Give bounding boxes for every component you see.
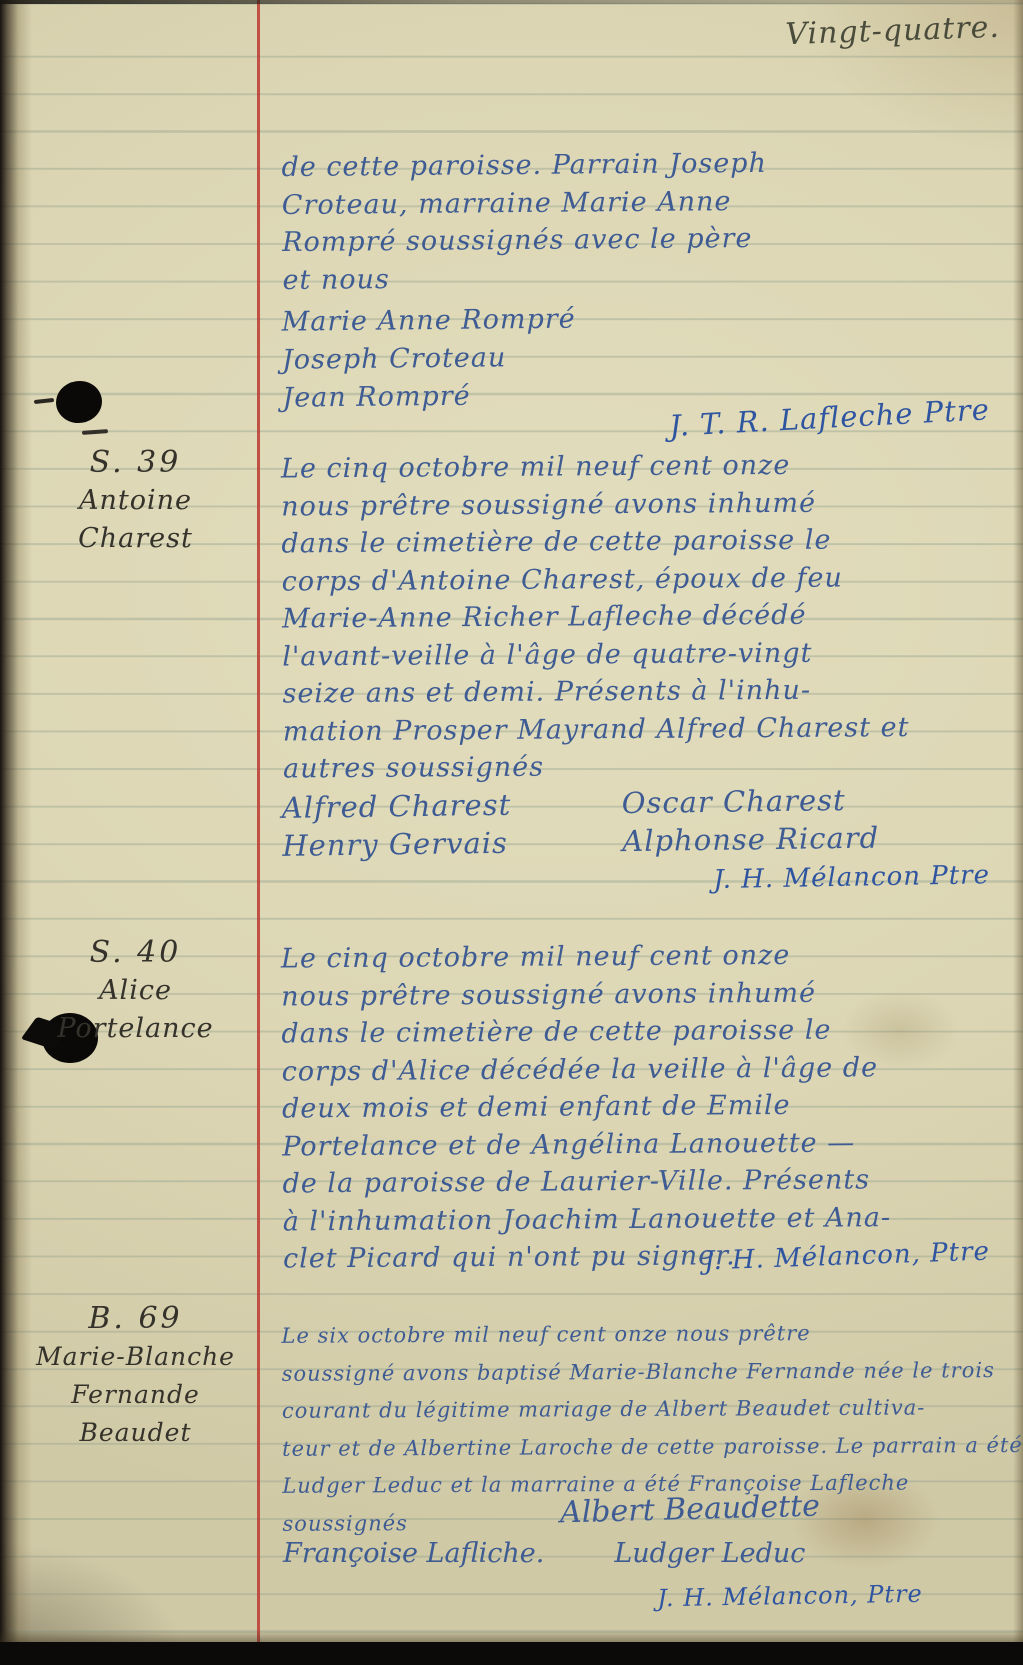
entry-b69-signatures: Françoise Lafliche.Ludger Leduc [283, 1538, 983, 1569]
signature: Ludger Leduc [614, 1538, 805, 1569]
body-line: Le six octobre mil neuf cent onze nous p… [281, 1314, 981, 1355]
body-line: et nous [282, 255, 982, 299]
signature: Alfred Charest [282, 786, 622, 825]
entry-continuation-body: de cette paroisse. Parrain Joseph Crotea… [281, 143, 982, 299]
punch-hole-icon [53, 378, 104, 426]
entry-s39-signatures: Alfred Charest Oscar Charest Henry Gerva… [282, 781, 983, 863]
body-line: dans le cimetière de cette paroisse le [281, 1011, 981, 1053]
entry-code: S. 39 [18, 444, 253, 482]
pen-mark [34, 398, 54, 404]
margin-name: Charest [18, 520, 253, 558]
body-line: corps d'Antoine Charest, époux de feu [282, 558, 982, 600]
margin-name: Marie-Blanche [18, 1338, 253, 1376]
body-line: Marie-Anne Richer Lafleche décédé [282, 596, 982, 638]
priest-signature: J. H. Mélancon Ptre [560, 860, 990, 898]
entry-code: S. 40 [18, 934, 253, 972]
body-line: nous prêtre soussigné avons inhumé [281, 483, 981, 525]
body-line: l'avant-veille à l'âge de quatre-vingt [282, 633, 982, 675]
margin-name: Antoine [18, 482, 253, 520]
priest-signature: J. H. Mélancon, Ptre [590, 1579, 990, 1614]
signature: Albert Beaudette [560, 1489, 821, 1531]
page-right-edge [1013, 0, 1023, 1665]
signature: Alphonse Ricard [622, 819, 982, 858]
margin-name: Portelance [18, 1010, 253, 1048]
signature: Henry Gervais [282, 824, 622, 863]
entry-s39-body: Le cinq octobre mil neuf cent onze nous … [281, 446, 983, 788]
signature: Françoise Lafliche. [283, 1538, 544, 1569]
body-line: dans le cimetière de cette paroisse le [281, 521, 981, 563]
body-line: nous prêtre soussigné avons inhumé [281, 973, 981, 1015]
body-line: Portelance et de Angélina Lanouette — [282, 1123, 982, 1165]
page-number: Vingt-quatre. [639, 10, 1000, 58]
margin-name: Alice [18, 972, 253, 1010]
pen-mark [82, 429, 108, 435]
body-line: courant du légitime mariage de Albert Be… [282, 1389, 982, 1430]
red-margin-rule [257, 0, 260, 1665]
margin-annotation-s40: S. 40 Alice Portelance [18, 934, 253, 1048]
page-top-edge [0, 0, 1023, 4]
margin-name: Fernande [18, 1376, 253, 1414]
margin-annotation-s39: S. 39 Antoine Charest [18, 444, 253, 558]
body-line: de cette paroisse. Parrain Joseph [281, 143, 981, 187]
body-line: à l'inhumation Joachim Lanouette et Ana- [283, 1198, 983, 1240]
signature: Oscar Charest [621, 781, 981, 820]
body-line: Le cinq octobre mil neuf cent onze [281, 936, 981, 978]
body-line: Croteau, marraine Marie Anne [282, 180, 982, 224]
page-bottom-edge [0, 1642, 1023, 1665]
body-line: seize ans et demi. Présents à l'inhu- [282, 671, 982, 713]
body-line: deux mois et demi enfant de Emile [282, 1086, 982, 1128]
body-line: Rompré soussignés avec le père [282, 218, 982, 262]
margin-name: Beaudet [18, 1414, 253, 1452]
entry-s40-body: Le cinq octobre mil neuf cent onze nous … [281, 936, 983, 1278]
entry-code: B. 69 [18, 1300, 253, 1338]
body-line: soussigné avons baptisé Marie-Blanche Fe… [282, 1352, 982, 1393]
page-bottom-shadow [0, 1630, 1023, 1642]
body-line: Le cinq octobre mil neuf cent onze [281, 446, 981, 488]
body-line: mation Prosper Mayrand Alfred Charest et [283, 708, 983, 750]
register-page: Vingt-quatre. de cette paroisse. Parrain… [0, 0, 1023, 1665]
margin-annotation-b69: B. 69 Marie-Blanche Fernande Beaudet [18, 1300, 253, 1452]
body-line: teur et de Albertine Laroche de cette pa… [282, 1427, 982, 1468]
body-line: de la paroisse de Laurier-Ville. Présent… [282, 1161, 982, 1203]
body-line: corps d'Alice décédée la veille à l'âge … [282, 1048, 982, 1090]
